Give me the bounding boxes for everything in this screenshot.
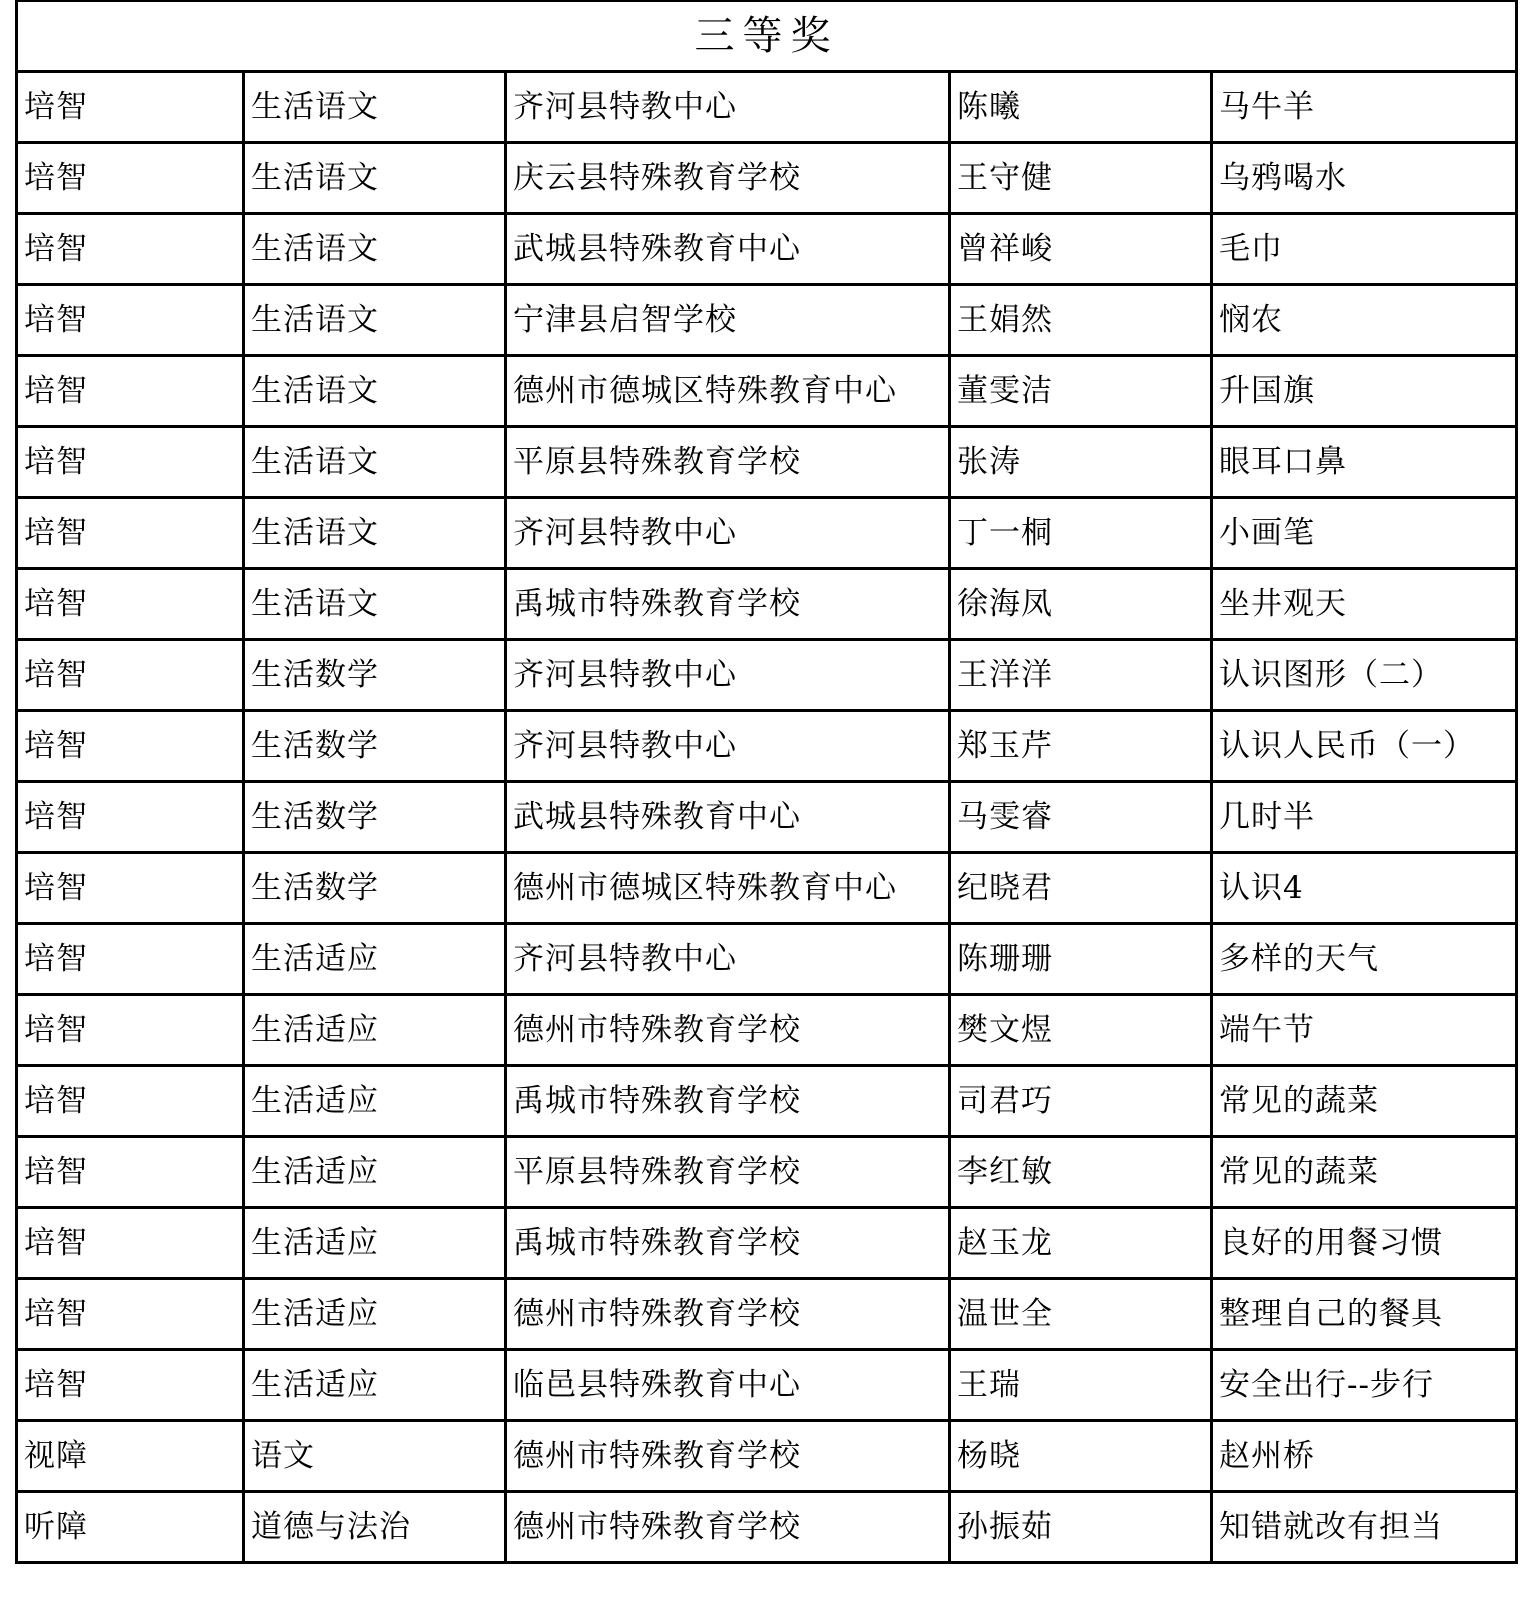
school-cell: 德州市特殊教育学校 — [506, 1421, 950, 1492]
category-cell: 培智 — [17, 1066, 244, 1137]
category-cell: 培智 — [17, 569, 244, 640]
subject-cell: 生活适应 — [244, 1208, 506, 1279]
table-row: 培智生活适应齐河县特教中心陈珊珊多样的天气 — [17, 924, 1517, 995]
teacher-cell: 孙振茹 — [950, 1492, 1212, 1563]
lesson-title-cell: 赵州桥 — [1212, 1421, 1517, 1492]
subject-cell: 生活适应 — [244, 1279, 506, 1350]
category-cell: 视障 — [17, 1421, 244, 1492]
table-row: 培智生活语文武城县特殊教育中心曾祥峻毛巾 — [17, 214, 1517, 285]
school-cell: 德州市特殊教育学校 — [506, 1279, 950, 1350]
school-cell: 庆云县特殊教育学校 — [506, 143, 950, 214]
table-row: 培智生活适应临邑县特殊教育中心王瑞安全出行--步行 — [17, 1350, 1517, 1421]
category-cell: 培智 — [17, 924, 244, 995]
lesson-title-cell: 马牛羊 — [1212, 72, 1517, 143]
table-title: 三等奖 — [17, 1, 1517, 72]
teacher-cell: 董雯洁 — [950, 356, 1212, 427]
teacher-cell: 马雯睿 — [950, 782, 1212, 853]
school-cell: 德州市德城区特殊教育中心 — [506, 356, 950, 427]
category-cell: 培智 — [17, 995, 244, 1066]
school-cell: 禹城市特殊教育学校 — [506, 1066, 950, 1137]
subject-cell: 生活适应 — [244, 1066, 506, 1137]
lesson-title-cell: 小画笔 — [1212, 498, 1517, 569]
school-cell: 武城县特殊教育中心 — [506, 214, 950, 285]
lesson-title-cell: 安全出行--步行 — [1212, 1350, 1517, 1421]
school-cell: 齐河县特教中心 — [506, 924, 950, 995]
school-cell: 齐河县特教中心 — [506, 498, 950, 569]
subject-cell: 生活数学 — [244, 711, 506, 782]
lesson-title-cell: 端午节 — [1212, 995, 1517, 1066]
school-cell: 德州市特殊教育学校 — [506, 995, 950, 1066]
category-cell: 培智 — [17, 427, 244, 498]
subject-cell: 生活语文 — [244, 356, 506, 427]
lesson-title-cell: 眼耳口鼻 — [1212, 427, 1517, 498]
teacher-cell: 杨晓 — [950, 1421, 1212, 1492]
subject-cell: 道德与法治 — [244, 1492, 506, 1563]
subject-cell: 生活语文 — [244, 427, 506, 498]
category-cell: 培智 — [17, 72, 244, 143]
subject-cell: 生活语文 — [244, 498, 506, 569]
table-row: 培智生活语文庆云县特殊教育学校王守健乌鸦喝水 — [17, 143, 1517, 214]
teacher-cell: 赵玉龙 — [950, 1208, 1212, 1279]
title-row: 三等奖 — [17, 1, 1517, 72]
category-cell: 培智 — [17, 214, 244, 285]
school-cell: 禹城市特殊教育学校 — [506, 569, 950, 640]
teacher-cell: 陈曦 — [950, 72, 1212, 143]
table-row: 培智生活数学武城县特殊教育中心马雯睿几时半 — [17, 782, 1517, 853]
lesson-title-cell: 认识人民币（一） — [1212, 711, 1517, 782]
lesson-title-cell: 良好的用餐习惯 — [1212, 1208, 1517, 1279]
subject-cell: 语文 — [244, 1421, 506, 1492]
teacher-cell: 徐海凤 — [950, 569, 1212, 640]
category-cell: 听障 — [17, 1492, 244, 1563]
category-cell: 培智 — [17, 1208, 244, 1279]
lesson-title-cell: 多样的天气 — [1212, 924, 1517, 995]
award-table: 三等奖 培智生活语文齐河县特教中心陈曦马牛羊培智生活语文庆云县特殊教育学校王守健… — [15, 0, 1518, 1564]
school-cell: 齐河县特教中心 — [506, 711, 950, 782]
category-cell: 培智 — [17, 782, 244, 853]
category-cell: 培智 — [17, 1137, 244, 1208]
teacher-cell: 王娟然 — [950, 285, 1212, 356]
lesson-title-cell: 升国旗 — [1212, 356, 1517, 427]
lesson-title-cell: 整理自己的餐具 — [1212, 1279, 1517, 1350]
category-cell: 培智 — [17, 356, 244, 427]
lesson-title-cell: 知错就改有担当 — [1212, 1492, 1517, 1563]
table-row: 培智生活适应禹城市特殊教育学校赵玉龙良好的用餐习惯 — [17, 1208, 1517, 1279]
table-row: 听障道德与法治德州市特殊教育学校孙振茹知错就改有担当 — [17, 1492, 1517, 1563]
table-row: 培智生活语文禹城市特殊教育学校徐海凤坐井观天 — [17, 569, 1517, 640]
teacher-cell: 司君巧 — [950, 1066, 1212, 1137]
lesson-title-cell: 认识图形（二） — [1212, 640, 1517, 711]
subject-cell: 生活适应 — [244, 1350, 506, 1421]
award-sheet: 三等奖 培智生活语文齐河县特教中心陈曦马牛羊培智生活语文庆云县特殊教育学校王守健… — [15, 0, 1515, 1564]
table-row: 培智生活语文德州市德城区特殊教育中心董雯洁升国旗 — [17, 356, 1517, 427]
table-row: 培智生活适应德州市特殊教育学校温世全整理自己的餐具 — [17, 1279, 1517, 1350]
category-cell: 培智 — [17, 1350, 244, 1421]
table-row: 培智生活语文齐河县特教中心陈曦马牛羊 — [17, 72, 1517, 143]
category-cell: 培智 — [17, 711, 244, 782]
subject-cell: 生活语文 — [244, 214, 506, 285]
subject-cell: 生活数学 — [244, 782, 506, 853]
subject-cell: 生活语文 — [244, 569, 506, 640]
teacher-cell: 丁一桐 — [950, 498, 1212, 569]
table-row: 培智生活语文平原县特殊教育学校张涛眼耳口鼻 — [17, 427, 1517, 498]
teacher-cell: 陈珊珊 — [950, 924, 1212, 995]
category-cell: 培智 — [17, 285, 244, 356]
category-cell: 培智 — [17, 143, 244, 214]
lesson-title-cell: 常见的蔬菜 — [1212, 1066, 1517, 1137]
table-row: 培智生活数学齐河县特教中心王洋洋认识图形（二） — [17, 640, 1517, 711]
teacher-cell: 温世全 — [950, 1279, 1212, 1350]
teacher-cell: 张涛 — [950, 427, 1212, 498]
subject-cell: 生活适应 — [244, 995, 506, 1066]
category-cell: 培智 — [17, 1279, 244, 1350]
subject-cell: 生活语文 — [244, 143, 506, 214]
subject-cell: 生活数学 — [244, 853, 506, 924]
school-cell: 临邑县特殊教育中心 — [506, 1350, 950, 1421]
lesson-title-cell: 几时半 — [1212, 782, 1517, 853]
table-row: 培智生活适应禹城市特殊教育学校司君巧常见的蔬菜 — [17, 1066, 1517, 1137]
subject-cell: 生活语文 — [244, 72, 506, 143]
lesson-title-cell: 毛巾 — [1212, 214, 1517, 285]
table-row: 培智生活语文齐河县特教中心丁一桐小画笔 — [17, 498, 1517, 569]
teacher-cell: 纪晓君 — [950, 853, 1212, 924]
school-cell: 德州市特殊教育学校 — [506, 1492, 950, 1563]
category-cell: 培智 — [17, 853, 244, 924]
category-cell: 培智 — [17, 640, 244, 711]
teacher-cell: 李红敏 — [950, 1137, 1212, 1208]
teacher-cell: 郑玉芹 — [950, 711, 1212, 782]
teacher-cell: 王洋洋 — [950, 640, 1212, 711]
table-row: 培智生活适应平原县特殊教育学校李红敏常见的蔬菜 — [17, 1137, 1517, 1208]
table-row: 培智生活数学德州市德城区特殊教育中心纪晓君认识4 — [17, 853, 1517, 924]
lesson-title-cell: 坐井观天 — [1212, 569, 1517, 640]
teacher-cell: 曾祥峻 — [950, 214, 1212, 285]
school-cell: 齐河县特教中心 — [506, 640, 950, 711]
school-cell: 平原县特殊教育学校 — [506, 427, 950, 498]
school-cell: 武城县特殊教育中心 — [506, 782, 950, 853]
subject-cell: 生活数学 — [244, 640, 506, 711]
school-cell: 德州市德城区特殊教育中心 — [506, 853, 950, 924]
school-cell: 齐河县特教中心 — [506, 72, 950, 143]
school-cell: 宁津县启智学校 — [506, 285, 950, 356]
table-row: 培智生活适应德州市特殊教育学校樊文煜端午节 — [17, 995, 1517, 1066]
teacher-cell: 王守健 — [950, 143, 1212, 214]
table-row: 培智生活数学齐河县特教中心郑玉芹认识人民币（一） — [17, 711, 1517, 782]
school-cell: 平原县特殊教育学校 — [506, 1137, 950, 1208]
teacher-cell: 王瑞 — [950, 1350, 1212, 1421]
table-row: 培智生活语文宁津县启智学校王娟然悯农 — [17, 285, 1517, 356]
lesson-title-cell: 乌鸦喝水 — [1212, 143, 1517, 214]
lesson-title-cell: 认识4 — [1212, 853, 1517, 924]
school-cell: 禹城市特殊教育学校 — [506, 1208, 950, 1279]
category-cell: 培智 — [17, 498, 244, 569]
subject-cell: 生活语文 — [244, 285, 506, 356]
table-row: 视障语文德州市特殊教育学校杨晓赵州桥 — [17, 1421, 1517, 1492]
lesson-title-cell: 悯农 — [1212, 285, 1517, 356]
lesson-title-cell: 常见的蔬菜 — [1212, 1137, 1517, 1208]
subject-cell: 生活适应 — [244, 924, 506, 995]
subject-cell: 生活适应 — [244, 1137, 506, 1208]
teacher-cell: 樊文煜 — [950, 995, 1212, 1066]
